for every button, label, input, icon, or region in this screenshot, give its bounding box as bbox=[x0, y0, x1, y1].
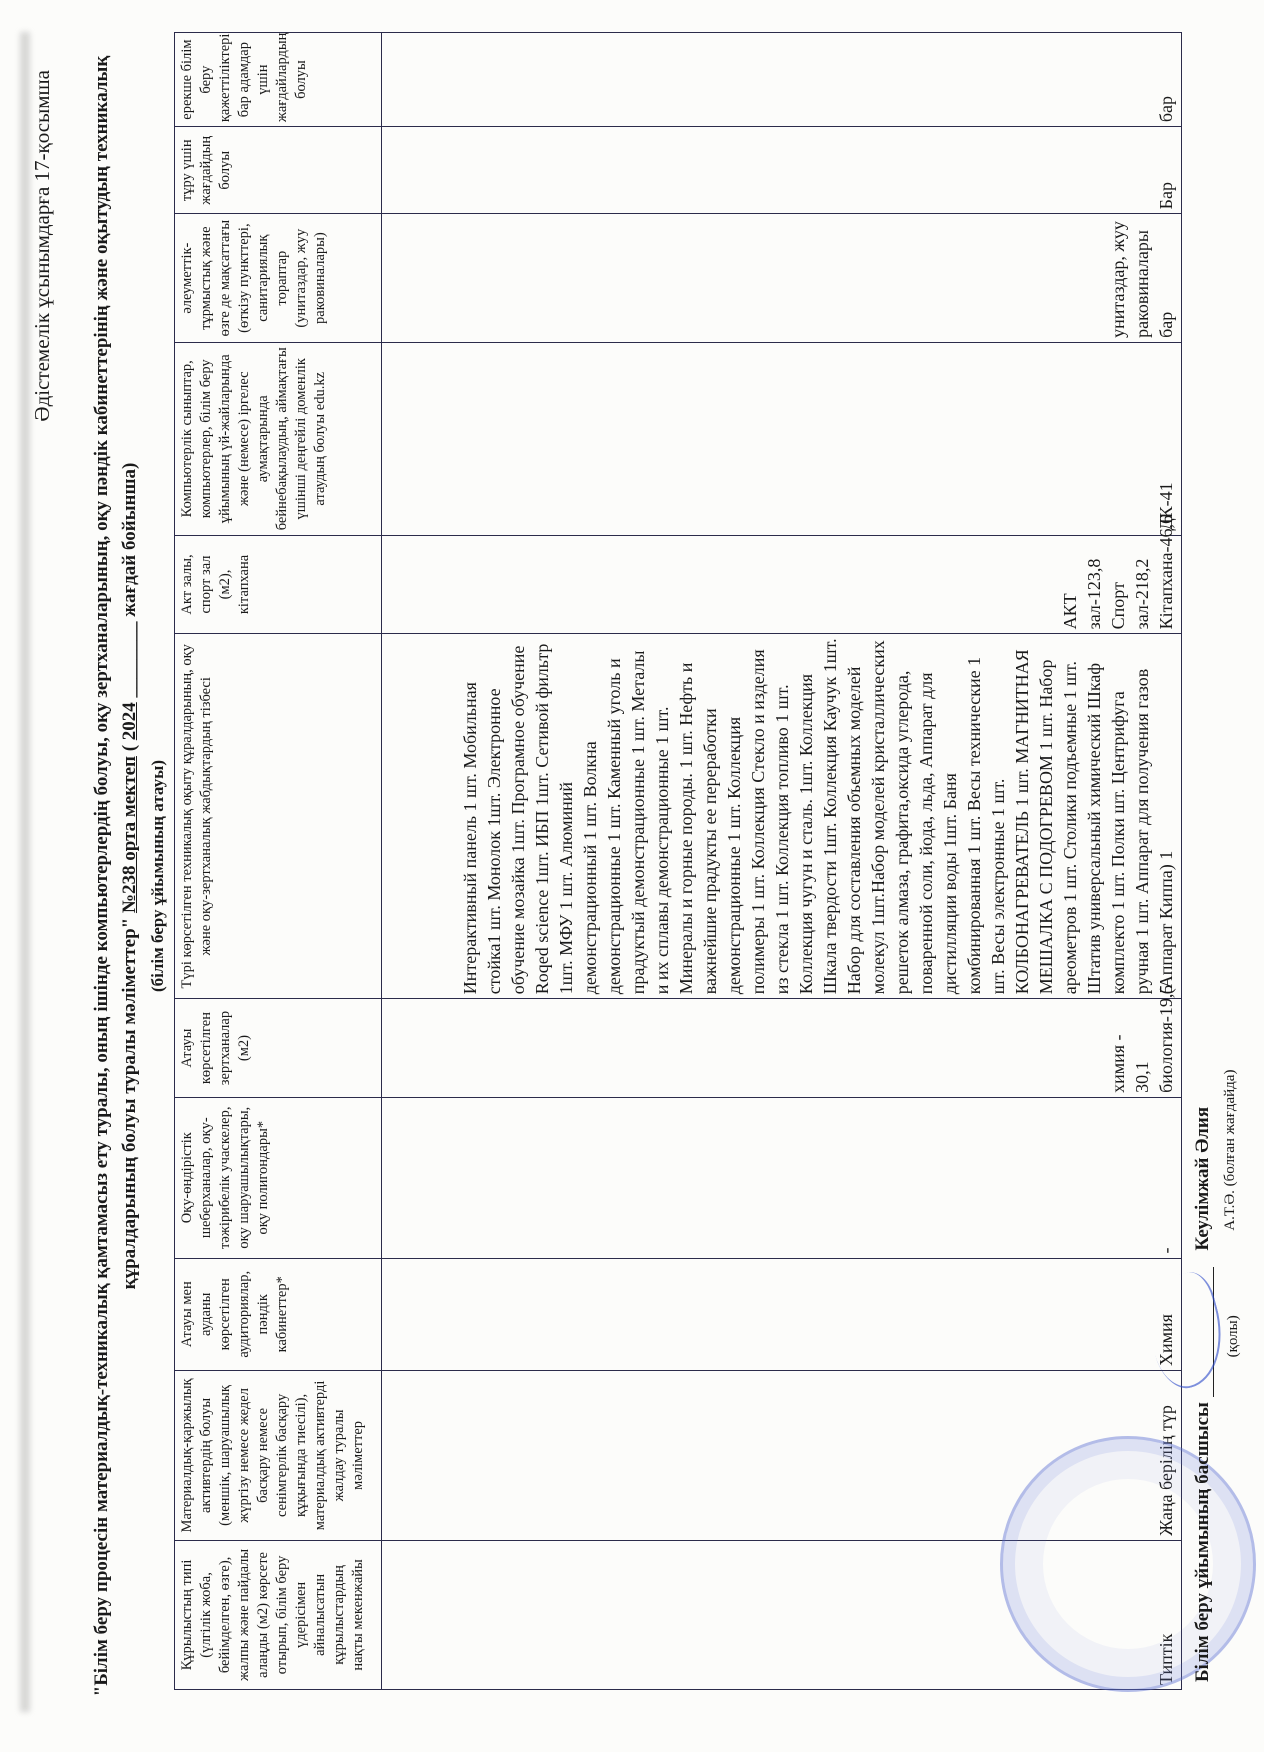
header-equipment: Түрі көрсетілген техникалық оқыту құралд… bbox=[175, 634, 382, 999]
header-living: тұру үшін жағдайдың болуы bbox=[175, 127, 382, 214]
signature-block: Білім беру ұйымының басшысы (қолы) Кеулі… bbox=[1192, 182, 1214, 1682]
name-caption: А.Т.Ә. (болған жағдайда) bbox=[1222, 1070, 1239, 1231]
report-year: 2024 bbox=[119, 702, 140, 740]
table-row: Типтік Жаңа берілің түр Химия - химия - … bbox=[382, 33, 1182, 1690]
header-halls: Акт залы, спорт зал (м2), кітапхана bbox=[175, 535, 382, 634]
header-labs: Атауы көрсетілген зертханалар (м2) bbox=[175, 999, 382, 1098]
document-title-line1: "Білім беру процесін материалдық-техника… bbox=[90, 0, 114, 1752]
cell-halls: АКТ зал-123,8 Спорт зал-218,2 Кітапхана-… bbox=[382, 535, 1182, 634]
cell-equipment: Интерактивный панель 1 шт. Мобильная сто… bbox=[382, 634, 1182, 999]
facilities-table: Құрылыстың типі (үлгілік жоба, бейімделг… bbox=[174, 32, 1182, 1690]
head-label: Білім беру ұйымының басшысы bbox=[1192, 1402, 1213, 1682]
rotated-document-page: Әдістемелік ұсынымдарға 17-қосымша "Білі… bbox=[0, 0, 1264, 1752]
cell-classrooms: Химия bbox=[382, 1258, 1182, 1370]
table-header-row: Құрылыстың типі (үлгілік жоба, бейімделг… bbox=[175, 33, 382, 1690]
as-of-label: жағдай бойынша) bbox=[119, 463, 140, 617]
header-computers: Компьютерлік сыныптар, компьютерлер, біл… bbox=[175, 342, 382, 535]
header-classrooms: Атауы мен ауданы көрсетілген аудиторияла… bbox=[175, 1258, 382, 1370]
header-special-needs: ерекше білім беру қажеттіліктері бар ада… bbox=[175, 33, 382, 127]
signature-line: (қолы) bbox=[1195, 1267, 1214, 1397]
cell-workshops: - bbox=[382, 1097, 1182, 1258]
cell-sanitary: унитаздар, жуу раковиналары бар bbox=[382, 214, 1182, 343]
org-caption: (білім беру ұйымының атауы) bbox=[146, 0, 170, 1752]
cell-computers: ДК-41 bbox=[382, 342, 1182, 535]
school-name: №238 орта мектеп bbox=[119, 756, 140, 913]
appendix-label: Әдістемелік ұсынымдарға 17-қосымша bbox=[30, 70, 55, 422]
header-building-type: Құрылыстың типі (үлгілік жоба, бейімделг… bbox=[175, 1540, 382, 1689]
header-sanitary: әлеуметтік-тұрмыстық және өзге де мақсат… bbox=[175, 214, 382, 343]
scan-artifact bbox=[20, 32, 30, 1712]
document-title-line2: құралдарының болуы туралы мәліметтер" №2… bbox=[118, 0, 142, 1752]
official-stamp bbox=[1000, 1436, 1256, 1692]
header-workshops: Оқу-өндірістік шеберханалар, оқу-тәжіриб… bbox=[175, 1097, 382, 1258]
head-name: Кеулімжай Әлия bbox=[1192, 1107, 1213, 1251]
cell-labs: химия - 30,1 биология-19,5 bbox=[382, 999, 1182, 1098]
cell-special-needs: бар bbox=[382, 33, 1182, 127]
cell-living: Бар bbox=[382, 127, 1182, 214]
title-prefix: құралдарының болуы туралы мәліметтер" bbox=[119, 918, 140, 1290]
signature-caption: (қолы) bbox=[1225, 1315, 1242, 1357]
header-assets: Материалдық-қаржылық активтердің болуы (… bbox=[175, 1371, 382, 1541]
